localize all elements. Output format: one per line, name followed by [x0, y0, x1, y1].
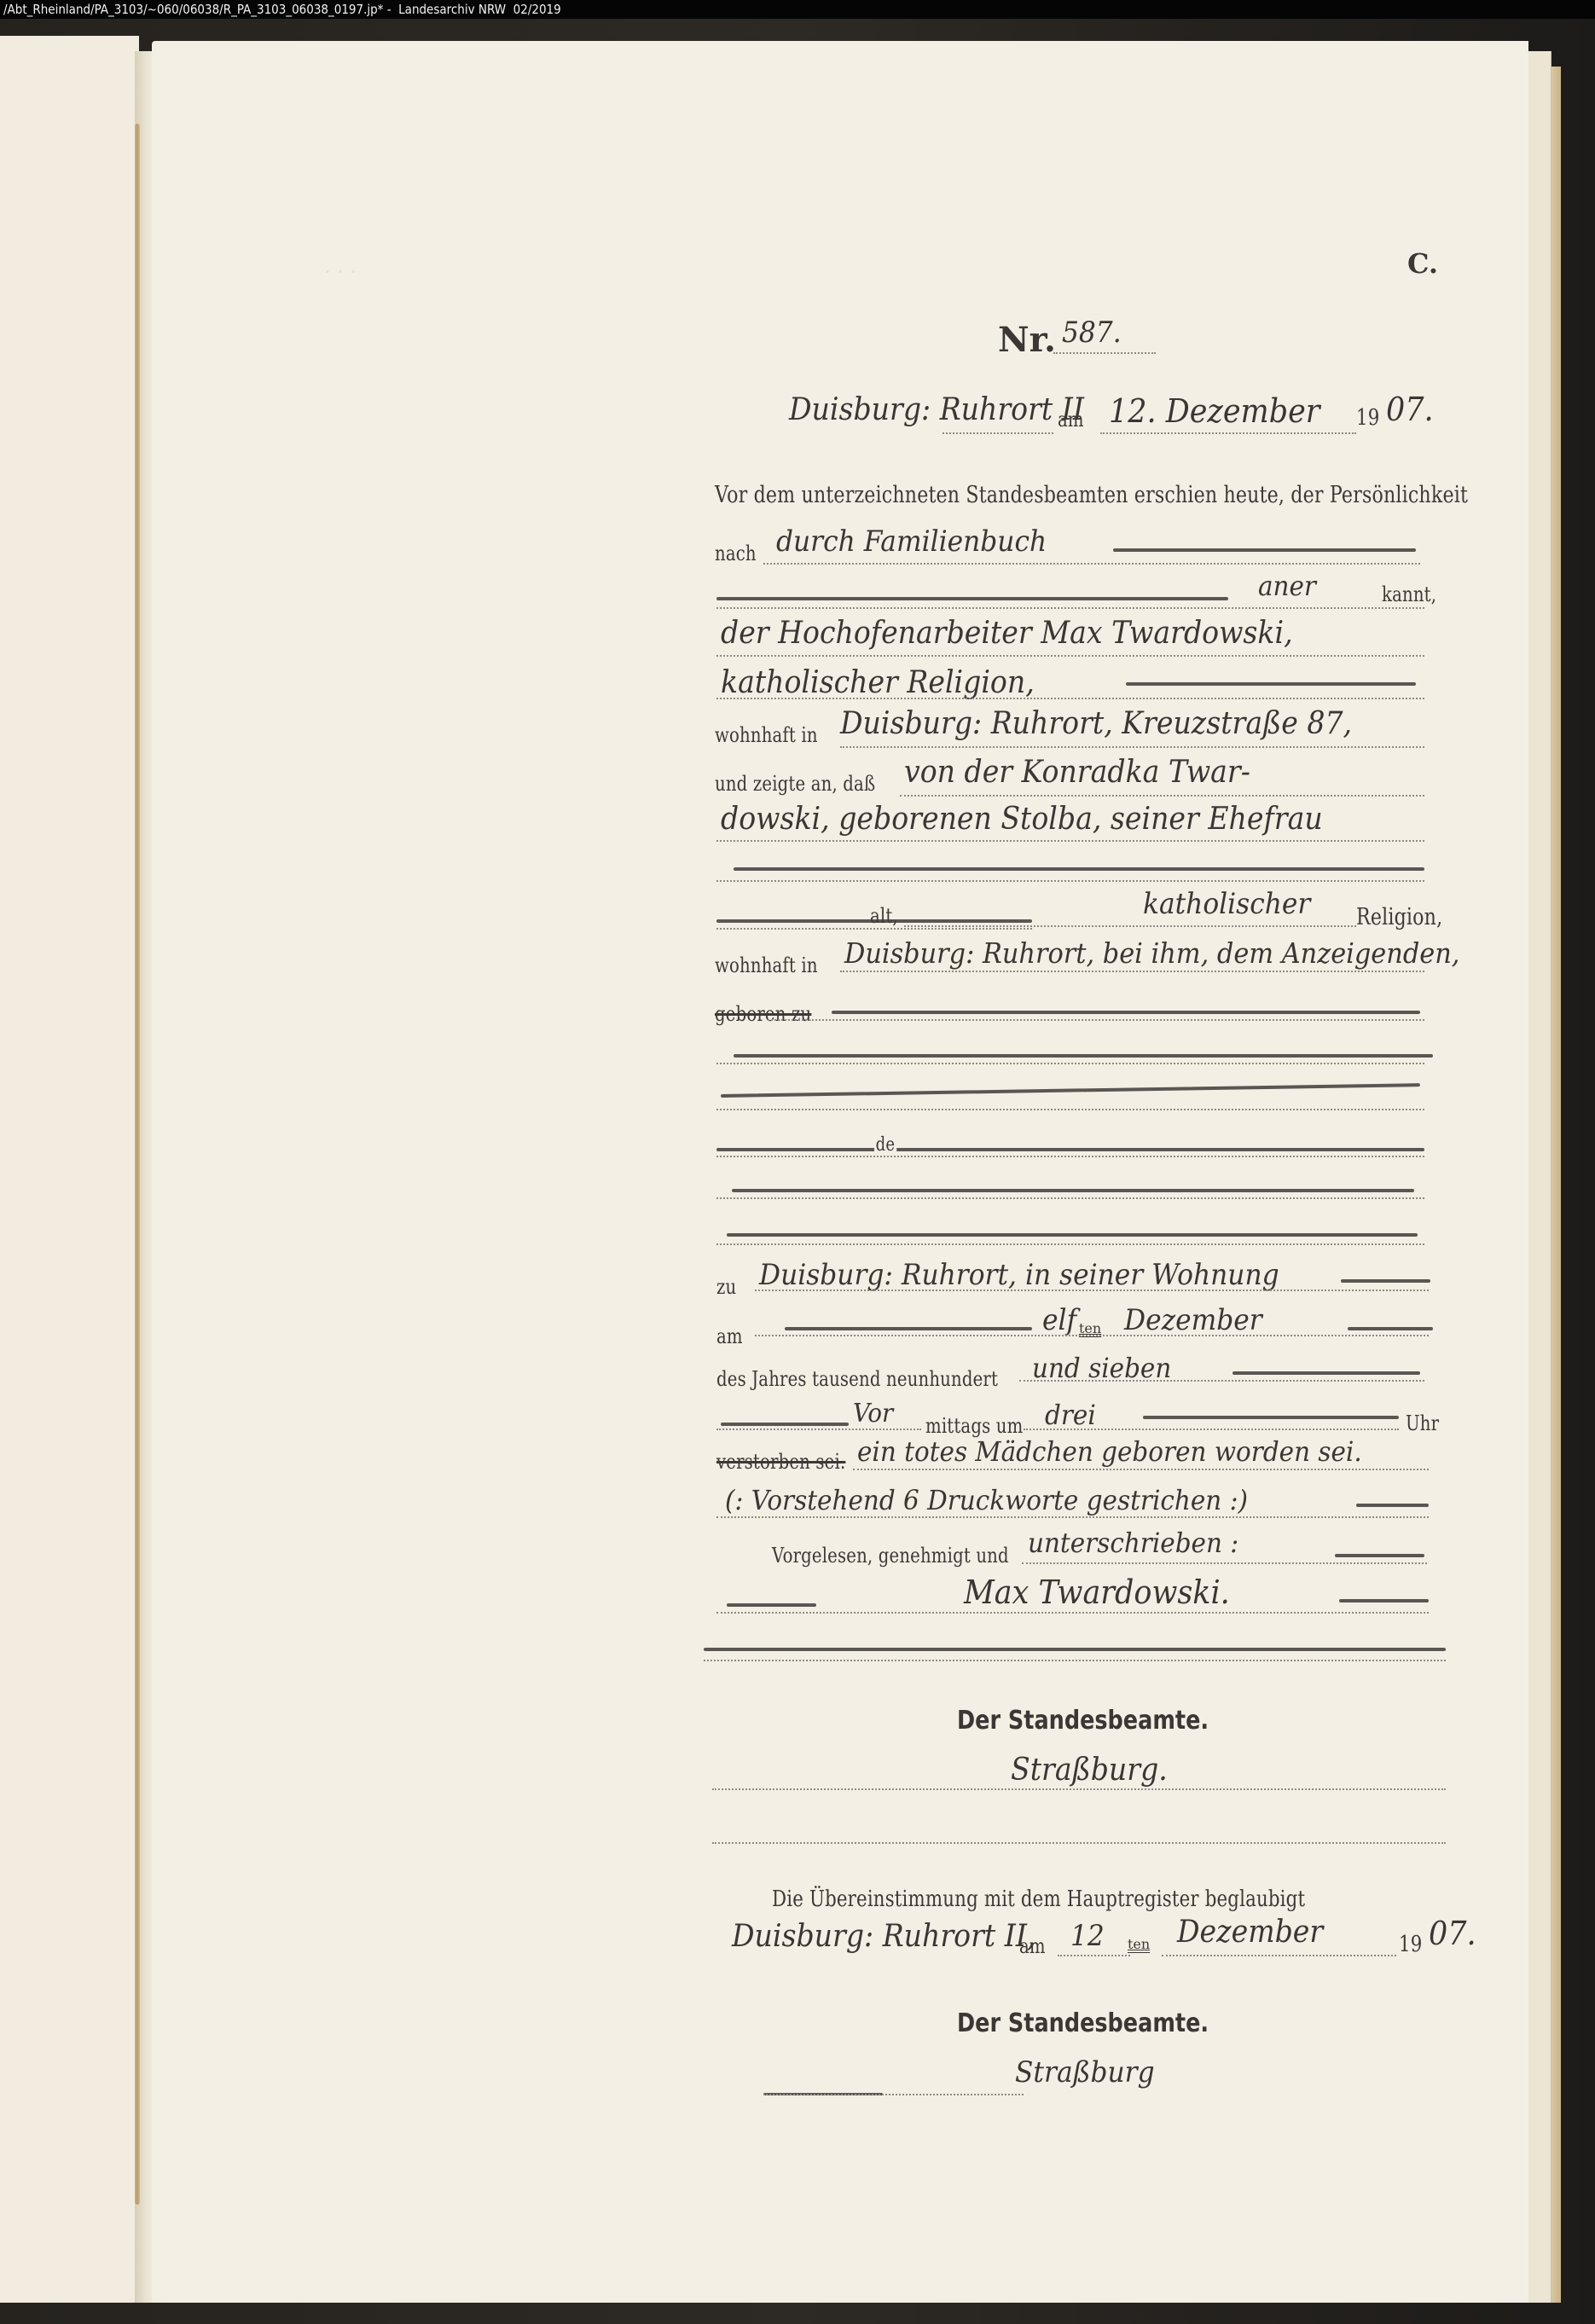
fill-bar	[1113, 548, 1416, 552]
official-title-2: Der Standesbeamte.	[957, 2008, 1209, 2038]
fill-bar	[734, 867, 1424, 871]
blank-dotted-line	[716, 880, 1424, 882]
vorgelesen-label: Vorgelesen, genehmigt und	[772, 1544, 1009, 1568]
fill-bar	[1126, 682, 1416, 686]
fill-bar	[1143, 1416, 1399, 1419]
blank-dotted-line	[716, 1109, 1424, 1110]
declarant-dotted-line	[716, 655, 1424, 657]
declarant-signature: Max Twardowski.	[964, 1573, 1230, 1611]
vor-dotted-line	[716, 1429, 921, 1430]
declarant-religion: katholischer Religion,	[721, 665, 1035, 700]
mother-line1: von der Konradka Twar-	[904, 755, 1250, 790]
fill-bar	[904, 919, 1006, 923]
correction-note: (: Vorstehend 6 Druckworte gestrichen :)	[725, 1484, 1248, 1516]
fill-bar	[832, 1011, 1420, 1014]
cert-month-dotted-line	[1162, 1955, 1396, 1956]
show-through-mark: · · ·	[324, 260, 357, 284]
cert-day-dotted-line	[1058, 1955, 1130, 1956]
cert-day: 12	[1070, 1919, 1105, 1953]
zu-dotted-line	[755, 1290, 1429, 1291]
fill-bar	[704, 1648, 1446, 1651]
geboren-dotted-line	[768, 1019, 1424, 1021]
mother-religion-dotted-line	[904, 925, 1356, 927]
declarant-residence: Duisburg: Ruhrort, Kreuzstraße 87,	[840, 706, 1352, 741]
fill-bar	[1335, 1554, 1424, 1557]
year-prefix: 19	[1356, 405, 1379, 431]
mittags-label: mittags um	[925, 1414, 1023, 1438]
place-dotted-line	[942, 432, 1053, 434]
residence-dotted-line	[840, 746, 1424, 748]
birth-register-form: · · · C. Nr. 587. Duisburg: Ruhrort II a…	[0, 0, 1595, 2324]
place-handwritten: Duisburg: Ruhrort II	[789, 392, 1084, 427]
de-dotted-line	[716, 1156, 1424, 1157]
fill-bar	[734, 1054, 1433, 1058]
nr-dotted-line	[1053, 352, 1156, 354]
fill-bar	[1341, 1279, 1430, 1283]
register-letter: C.	[1407, 247, 1438, 280]
mother-dotted-line	[716, 840, 1424, 842]
official-signature: Straßburg.	[1011, 1753, 1168, 1788]
mother-residence: Duisburg: Ruhrort, bei ihm, dem Anzeigen…	[844, 936, 1459, 970]
nach-label: nach	[715, 542, 757, 565]
fill-bar	[721, 1083, 1420, 1098]
fill-bar	[1232, 1371, 1420, 1375]
geboren-label-struck: geboren zu	[715, 1002, 811, 1026]
mother-religion: katholischer	[1143, 887, 1310, 921]
approval-handwritten: unterschrieben :	[1028, 1527, 1238, 1559]
cert-year-prefix: 19	[1399, 1932, 1422, 1957]
fill-bar	[1339, 1599, 1429, 1602]
event-day: elf	[1042, 1303, 1076, 1337]
official-signature-2-line	[763, 2094, 1024, 2095]
am-dotted-line	[755, 1335, 1429, 1336]
blank-dotted-line	[716, 1243, 1424, 1245]
intro-text: Vor dem unterzeichneten Standesbeamten e…	[715, 482, 1468, 508]
uhr-label: Uhr	[1406, 1411, 1439, 1435]
anerkannt-handwritten: aner	[1258, 570, 1316, 602]
closing-dotted-line	[704, 1660, 1446, 1661]
blank-dotted-line	[716, 1197, 1424, 1199]
official-signature-2: Straßburg	[1015, 2055, 1155, 2089]
nr-label: Nr.	[998, 320, 1056, 360]
fill-bar	[1356, 1504, 1429, 1507]
wohnhaft-label: wohnhaft in	[715, 723, 818, 747]
approval-dotted-line	[1022, 1562, 1427, 1564]
event-dotted-line	[853, 1469, 1429, 1470]
wohnhaft-label-2: wohnhaft in	[715, 953, 818, 977]
cert-ten-label: ten	[1128, 1936, 1150, 1952]
year-suffix: 07.	[1386, 391, 1434, 428]
fill-bar	[1348, 1327, 1433, 1330]
fill-bar	[785, 1327, 1032, 1330]
official-title: Der Standesbeamte.	[957, 1706, 1209, 1736]
mother-residence-dotted-line	[840, 971, 1424, 972]
vor-handwritten: Vor	[853, 1399, 893, 1429]
hour-dotted-line	[1024, 1429, 1399, 1430]
am-label-2: am	[716, 1324, 743, 1348]
alt-label: alt,	[870, 904, 898, 928]
cert-place: Duisburg: Ruhrort II,	[732, 1919, 1035, 1954]
jahres-label: des Jahres tausend neunhundert	[716, 1367, 998, 1391]
declarant: der Hochofenarbeiter Max Twardowski,	[721, 616, 1293, 651]
nr-value: 587.	[1062, 316, 1122, 350]
cert-year-suffix: 07.	[1429, 1915, 1476, 1952]
fill-bar	[727, 1233, 1418, 1237]
date-handwritten: 12. Dezember	[1109, 392, 1319, 430]
zu-label: zu	[716, 1275, 736, 1299]
event-text: ein totes Mädchen geboren worden sei.	[857, 1435, 1362, 1468]
religion-label: Religion,	[1356, 904, 1442, 930]
certification-text: Die Übereinstimmung mit dem Hauptregiste…	[772, 1886, 1305, 1912]
nach-dotted-line	[763, 563, 1420, 565]
am-label: am	[1058, 408, 1084, 432]
event-hour: drei	[1045, 1399, 1096, 1431]
jahres-dotted-line	[1019, 1380, 1424, 1382]
age-dotted-line	[716, 928, 1032, 930]
official-signature-line	[712, 1788, 1446, 1790]
mother-line2: dowski, geborenen Stolba, seiner Ehefrau	[721, 802, 1323, 837]
event-place: Duisburg: Ruhrort, in seiner Wohnung	[759, 1258, 1279, 1292]
correction-dotted-line	[716, 1516, 1429, 1518]
official-blank-line	[712, 1842, 1446, 1844]
de-label: de	[874, 1134, 896, 1156]
blank-dotted-line	[716, 1063, 1424, 1064]
anerkannt-dotted-line	[716, 607, 1424, 609]
cert-month: Dezember	[1177, 1915, 1323, 1950]
fill-bar	[732, 1189, 1414, 1192]
event-month: Dezember	[1124, 1303, 1262, 1337]
fill-bar	[716, 597, 1228, 600]
verstorben-label-struck: verstorben sei.	[716, 1450, 845, 1474]
kannt-label: kannt,	[1382, 582, 1436, 606]
fill-bar	[727, 1603, 816, 1607]
fill-bar	[716, 1148, 1424, 1151]
fill-bar	[721, 1423, 849, 1426]
zeigte-dotted-line	[900, 795, 1424, 797]
date-dotted-line	[1100, 432, 1356, 434]
religion-dotted-line	[716, 698, 1424, 699]
cert-am-label: am	[1019, 1934, 1046, 1958]
zeigte-label: und zeigte an, daß	[715, 772, 875, 796]
signature-dotted-line	[716, 1612, 1429, 1614]
identified-by: durch Familienbuch	[776, 524, 1047, 559]
